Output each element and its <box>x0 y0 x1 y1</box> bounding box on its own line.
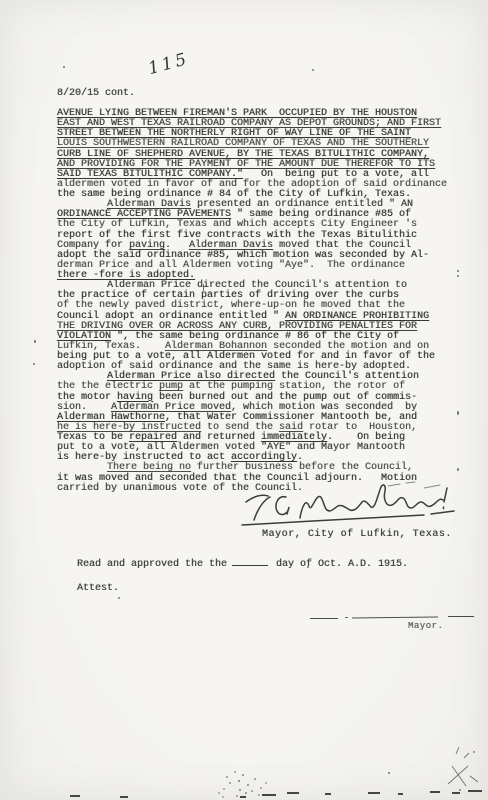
scan-speck <box>457 468 459 471</box>
underlined-text: paving <box>129 240 165 251</box>
page-number-handwritten: 115 <box>146 49 191 79</box>
underlined-text: THE DRIVING OVER OR ACROSS ANY CURB, PRO… <box>57 321 417 332</box>
scan-speck <box>312 69 314 71</box>
underlined-text: EAST AND WEST TEXAS RAILROAD COMPANY AS … <box>57 118 441 129</box>
typed-text: sion. <box>57 402 111 413</box>
typed-text: derman Price and all Aldermen voting "Ay… <box>57 260 405 271</box>
approval-text-before: Read and approved the the <box>77 559 227 570</box>
scan-speck <box>457 270 459 272</box>
scan-dash <box>262 794 276 796</box>
scan-speck <box>34 340 36 343</box>
mayor-signature-line-dot <box>345 617 348 618</box>
scan-speck <box>457 275 459 277</box>
minutes-line: adoption of said ordinance and the same … <box>57 362 461 372</box>
minutes-line: of the newly paved district, where-up-on… <box>57 301 461 311</box>
typed-text: at the pumping station, the rotor of <box>183 381 405 392</box>
mayor-signature-line <box>448 616 474 617</box>
scan-speck <box>457 411 459 415</box>
scan-dash <box>368 792 380 794</box>
minutes-line: sion. Alderman Price moved, which motion… <box>57 403 461 413</box>
underlined-text: he is here-by instructed <box>57 422 201 433</box>
page-date: 8/20/15 cont. <box>57 88 135 99</box>
scan-dash <box>287 792 299 794</box>
typed-text: rotar to Houston, <box>303 422 417 433</box>
scan-dash <box>70 795 80 797</box>
typed-text: Alderman Price directed the Council's at… <box>107 280 407 291</box>
typed-text: moved that the Council <box>273 240 411 251</box>
typed-text: to send the <box>201 422 279 433</box>
minutes-line: EAST AND WEST TEXAS RAILROAD COMPANY AS … <box>57 119 461 129</box>
minutes-line: put to a vote, all Aldermen voted "AYE" … <box>57 443 461 453</box>
scan-dash <box>430 791 440 793</box>
typed-text: the City of Lufkin, Texas and which acce… <box>57 219 417 230</box>
underlined-text: Alderman Davis <box>107 199 191 210</box>
minutes-line: AND PROVIDING FOR THE PAYMENT OF THE AMO… <box>57 160 461 170</box>
attest-label: Attest. <box>77 583 119 594</box>
minutes-line: he is here-by instructed to send the sai… <box>57 423 461 433</box>
minutes-text: AVENUE LYING BETWEEN FIREMAN'S PARK OCCU… <box>57 109 461 494</box>
typed-text: Company for <box>57 240 129 251</box>
minutes-line: the City of Lufkin, Texas and which acce… <box>57 220 461 230</box>
minutes-line: There being no further business before t… <box>57 463 461 473</box>
scan-speck <box>63 66 65 68</box>
scan-speck <box>118 597 120 599</box>
minutes-line: Lufkin, Texas. Alderman Bohannon seconde… <box>57 342 461 352</box>
scan-dash <box>240 796 246 798</box>
underlined-text: pump <box>159 381 183 392</box>
underlined-text: Alderman Price moved <box>111 402 231 413</box>
mayor-signature <box>228 480 468 532</box>
underlined-text: AND PROVIDING FOR THE PAYMENT OF THE AMO… <box>57 159 435 170</box>
typed-text: of the newly paved district, where-up-on… <box>57 300 405 311</box>
typed-text: further business before the Council, <box>191 462 413 473</box>
minutes-line: THE DRIVING OVER OR ACROSS ANY CURB, PRO… <box>57 322 461 332</box>
mayor-signature-line <box>310 618 338 619</box>
scanned-minutes-page: 8/20/15 cont. 115 AVENUE LYING BETWEEN F… <box>0 0 488 800</box>
typed-text: , which motion was seconded by <box>231 402 417 413</box>
approval-line: Read and approved the theday of Oct. A.D… <box>77 556 408 570</box>
minutes-line: aldermen voted in favor of and for the a… <box>57 180 461 190</box>
scan-dash <box>398 793 403 795</box>
scan-speck <box>388 772 390 774</box>
minutes-line: Alderman Davis presented an ordinance en… <box>57 200 461 210</box>
minutes-line: derman Price and all Aldermen voting "Ay… <box>57 261 461 271</box>
approval-text-after: day of Oct. A.D. 1915. <box>276 559 408 570</box>
approval-blank-line <box>232 556 268 566</box>
scan-dash <box>325 793 331 795</box>
ink-stain <box>238 780 240 782</box>
typed-text: . <box>165 240 189 251</box>
minutes-line: Company for paving. Alderman Davis moved… <box>57 241 461 251</box>
underlined-text: Alderman Bohannon <box>165 341 267 352</box>
typed-text: put to a vote, all Aldermen voted "AYE" … <box>57 442 405 453</box>
mayor-label: Mayor. <box>408 621 443 631</box>
underlined-text: Alderman Davis <box>189 240 273 251</box>
underlined-text: said <box>279 422 303 433</box>
scan-speck <box>307 566 309 568</box>
mayor-signature-line <box>352 617 438 619</box>
scan-tick <box>203 284 204 291</box>
mayor-title-line: Mayor, City of Lufkin, Texas. <box>262 529 452 540</box>
minutes-line: Alderman Price directed the Council's at… <box>57 281 461 291</box>
underlined-text: LOUIS SOUTHWESTERN RAILROAD COMPANY OF T… <box>57 138 429 149</box>
typed-text: seconded the motion and on <box>267 341 429 352</box>
typed-text: Lufkin, Texas. <box>57 341 165 352</box>
minutes-line: LOUIS SOUTHWESTERN RAILROAD COMPANY OF T… <box>57 139 461 149</box>
pencil-scribble <box>440 742 485 794</box>
typed-text: adoption of said ordinance and the same … <box>57 361 411 372</box>
typed-text: the the electric <box>57 381 159 392</box>
minutes-line: the the electric pump at the pumping sta… <box>57 382 461 392</box>
typed-text: presented an ordinance entitled " AN <box>191 199 413 210</box>
typed-text: aldermen voted in favor of and for the a… <box>57 179 447 190</box>
scan-speck <box>33 363 35 365</box>
underlined-text: There being no <box>107 462 191 473</box>
scan-dash <box>120 796 128 798</box>
